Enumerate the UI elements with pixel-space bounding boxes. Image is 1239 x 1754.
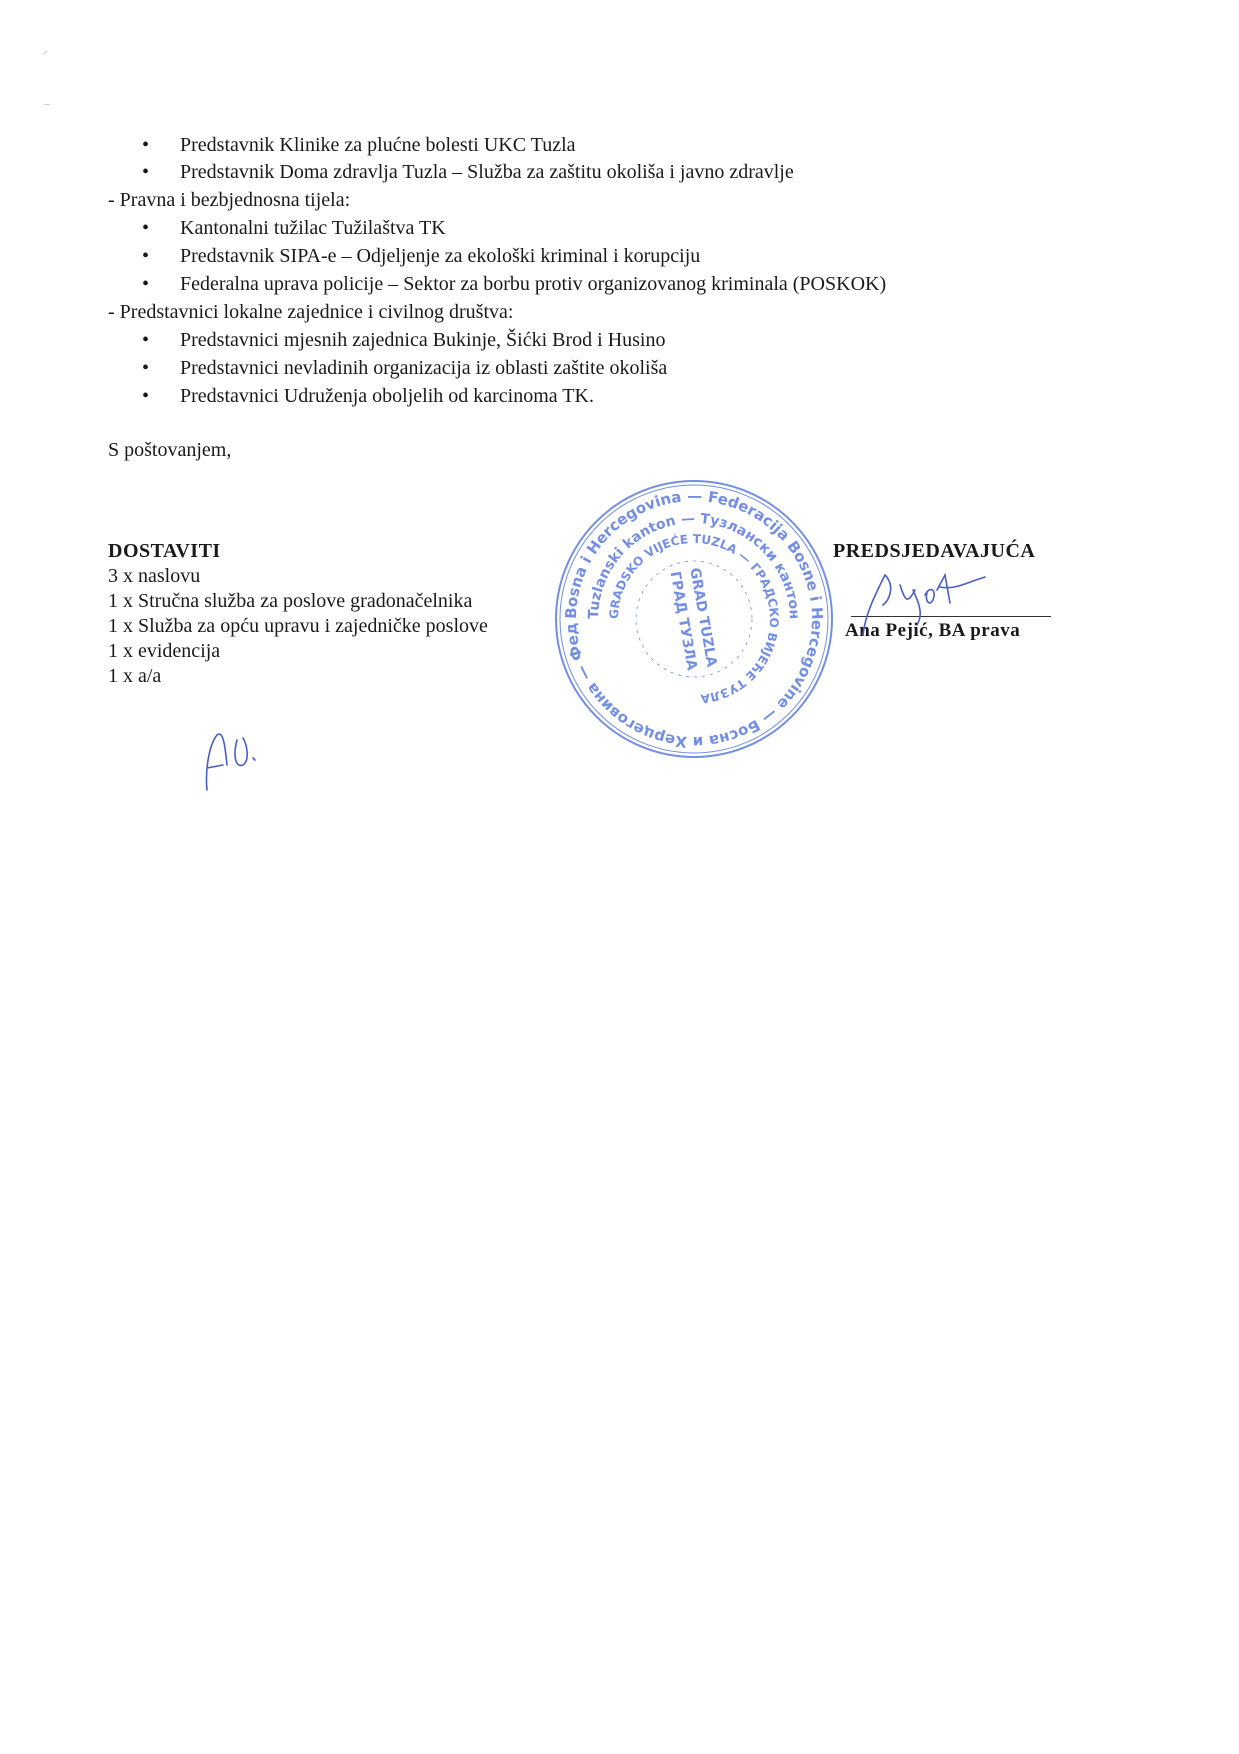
official-stamp: Bosna i Hercegovina — Federacija Bosne i… — [553, 478, 835, 760]
list-item: Kantonalni tužilac Tužilaštva TK — [180, 214, 446, 242]
distribution-item: 1 x Stručna služba za poslove gradonačel… — [108, 587, 472, 615]
section-heading-legal: - Pravna i bezbjednosna tijela: — [108, 186, 350, 214]
list-item: Predstavnik Doma zdravlja Tuzla – Služba… — [180, 158, 794, 186]
scan-speck — [42, 50, 47, 55]
document-page: Predstavnik Klinike za plućne bolesti UK… — [0, 0, 1239, 1754]
closing-salutation: S poštovanjem, — [108, 436, 231, 464]
handwritten-initials — [195, 720, 295, 800]
handwritten-signature — [845, 545, 995, 645]
scan-speck — [44, 104, 50, 105]
list-item: Predstavnici mjesnih zajednica Bukinje, … — [180, 326, 665, 354]
list-item: Predstavnici nevladinih organizacija iz … — [180, 354, 667, 382]
distribution-heading: DOSTAVITI — [108, 537, 221, 565]
list-item: Predstavnik SIPA-e – Odjeljenje za ekolo… — [180, 242, 700, 270]
distribution-item: 3 x naslovu — [108, 562, 200, 590]
section-heading-local: - Predstavnici lokalne zajednice i civil… — [108, 298, 513, 326]
list-item: Predstavnici Udruženja oboljelih od karc… — [180, 382, 594, 410]
list-item: Predstavnik Klinike za plućne bolesti UK… — [180, 131, 576, 159]
stamp-inner-text: GRADSKO VIJEĆE TUZLA — ГРАДСКО ВИЈЕЋЕ ТУ… — [607, 532, 781, 706]
list-item: Federalna uprava policije – Sektor za bo… — [180, 270, 886, 298]
distribution-item: 1 x evidencija — [108, 637, 220, 665]
svg-text:GRADSKO VIJEĆE TUZLA — ГРАДСКО: GRADSKO VIJEĆE TUZLA — ГРАДСКО ВИЈЕЋЕ ТУ… — [607, 532, 781, 706]
distribution-item: 1 x a/a — [108, 662, 161, 690]
distribution-item: 1 x Služba za opću upravu i zajedničke p… — [108, 612, 488, 640]
